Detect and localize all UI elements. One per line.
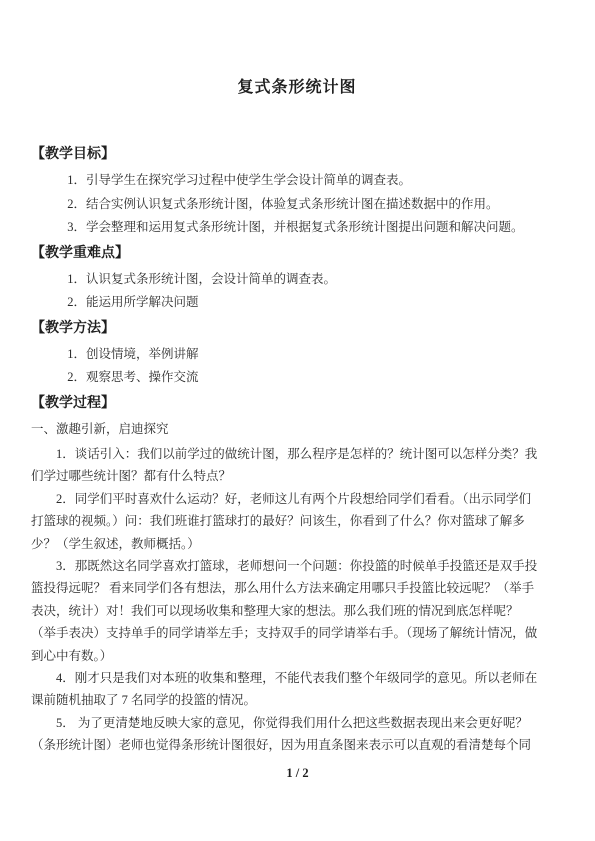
text-line: 到心中有数。） — [31, 645, 563, 667]
key-difficulties-list: 1．认识复式条形统计图，会设计简单的调查表。 2．能运用所学解决问题 — [31, 268, 563, 315]
section-teaching-methods: 【教学方法】 1．创设情境，举例讲解 2．观察思考、操作交流 — [31, 319, 563, 390]
section-header-teaching-process: 【教学过程】 — [31, 394, 563, 414]
teaching-methods-list: 1．创设情境，举例讲解 2．观察思考、操作交流 — [31, 343, 563, 390]
list-item: 2．能运用所学解决问题 — [31, 291, 563, 315]
text-line: 课前随机抽取了 7 名同学的投篮的情况。 — [31, 689, 563, 711]
text-line: 打篮球的视频。）问：我们班谁打篮球打的最好？问该生，你看到了什么？你对篮球了解多 — [31, 510, 563, 532]
text-line: 们学过哪些统计图？都有什么特点？ — [31, 465, 563, 487]
list-item: 2．观察思考、操作交流 — [31, 366, 563, 390]
process-paragraphs: 1．谈话引入：我们以前学过的做统计图，那么程序是怎样的？统计图可以怎样分类？我 … — [31, 443, 563, 757]
text-line: 篮投得远呢？ 看来同学们各有想法，那么用什么方法来确定用哪只手投篮比较远呢？（举… — [31, 577, 563, 599]
text-line: 少？（学生叙述，教师概括。） — [31, 533, 563, 555]
document-content: 复式条形统计图 【教学目标】 1．引导学生在探究学习过程中使学生学会设计简单的调… — [0, 0, 595, 757]
text-line: 3．那既然这名同学喜欢打篮球，老师想问一个问题：你投篮的时候单手投篮还是双手投 — [31, 555, 563, 577]
process-subheading: 一、激趣引新，启迪探究 — [31, 418, 563, 442]
section-header-key-difficulties: 【教学重难点】 — [31, 244, 563, 264]
text-line: 表决，统计）对！我们可以现场收集和整理大家的想法。那么我们班的情况到底怎样呢？ — [31, 600, 563, 622]
section-key-difficulties: 【教学重难点】 1．认识复式条形统计图，会设计简单的调查表。 2．能运用所学解决… — [31, 244, 563, 315]
text-line: 5． 为了更清楚地反映大家的意见，你觉得我们用什么把这些数据表现出来会更好呢？ — [31, 712, 563, 734]
page-number: 1 / 2 — [0, 766, 595, 781]
text-line: 2．同学们平时喜欢什么运动？好，老师这儿有两个片段想给同学们看看。（出示同学们 — [31, 488, 563, 510]
text-line: 1．谈话引入：我们以前学过的做统计图，那么程序是怎样的？统计图可以怎样分类？我 — [31, 443, 563, 465]
list-item: 2．结合实例认识复式条形统计图，体验复式条形统计图在描述数据中的作用。 — [31, 193, 563, 217]
text-line: （条形统计图）老师也觉得条形统计图很好，因为用直条图来表示可以直观的看清楚每个同 — [31, 734, 563, 756]
section-teaching-goals: 【教学目标】 1．引导学生在探究学习过程中使学生学会设计简单的调查表。 2．结合… — [31, 145, 563, 240]
text-line: （举手表决）支持单手的同学请举左手；支持双手的同学请举右手。（现场了解统计情况，… — [31, 622, 563, 644]
document-title: 复式条形统计图 — [31, 78, 563, 98]
document-page: 复式条形统计图 【教学目标】 1．引导学生在探究学习过程中使学生学会设计简单的调… — [0, 0, 595, 841]
section-teaching-process: 【教学过程】 一、激趣引新，启迪探究 1．谈话引入：我们以前学过的做统计图，那么… — [31, 394, 563, 757]
teaching-goals-list: 1．引导学生在探究学习过程中使学生学会设计简单的调查表。 2．结合实例认识复式条… — [31, 169, 563, 240]
list-item: 1．创设情境，举例讲解 — [31, 343, 563, 367]
text-line: 4．刚才只是我们对本班的收集和整理，不能代表我们整个年级同学的意见。所以老师在 — [31, 667, 563, 689]
section-header-teaching-goals: 【教学目标】 — [31, 145, 563, 165]
list-item: 1．认识复式条形统计图，会设计简单的调查表。 — [31, 268, 563, 292]
list-item: 3．学会整理和运用复式条形统计图，并根据复式条形统计图提出问题和解决问题。 — [31, 216, 563, 240]
section-header-teaching-methods: 【教学方法】 — [31, 319, 563, 339]
list-item: 1．引导学生在探究学习过程中使学生学会设计简单的调查表。 — [31, 169, 563, 193]
